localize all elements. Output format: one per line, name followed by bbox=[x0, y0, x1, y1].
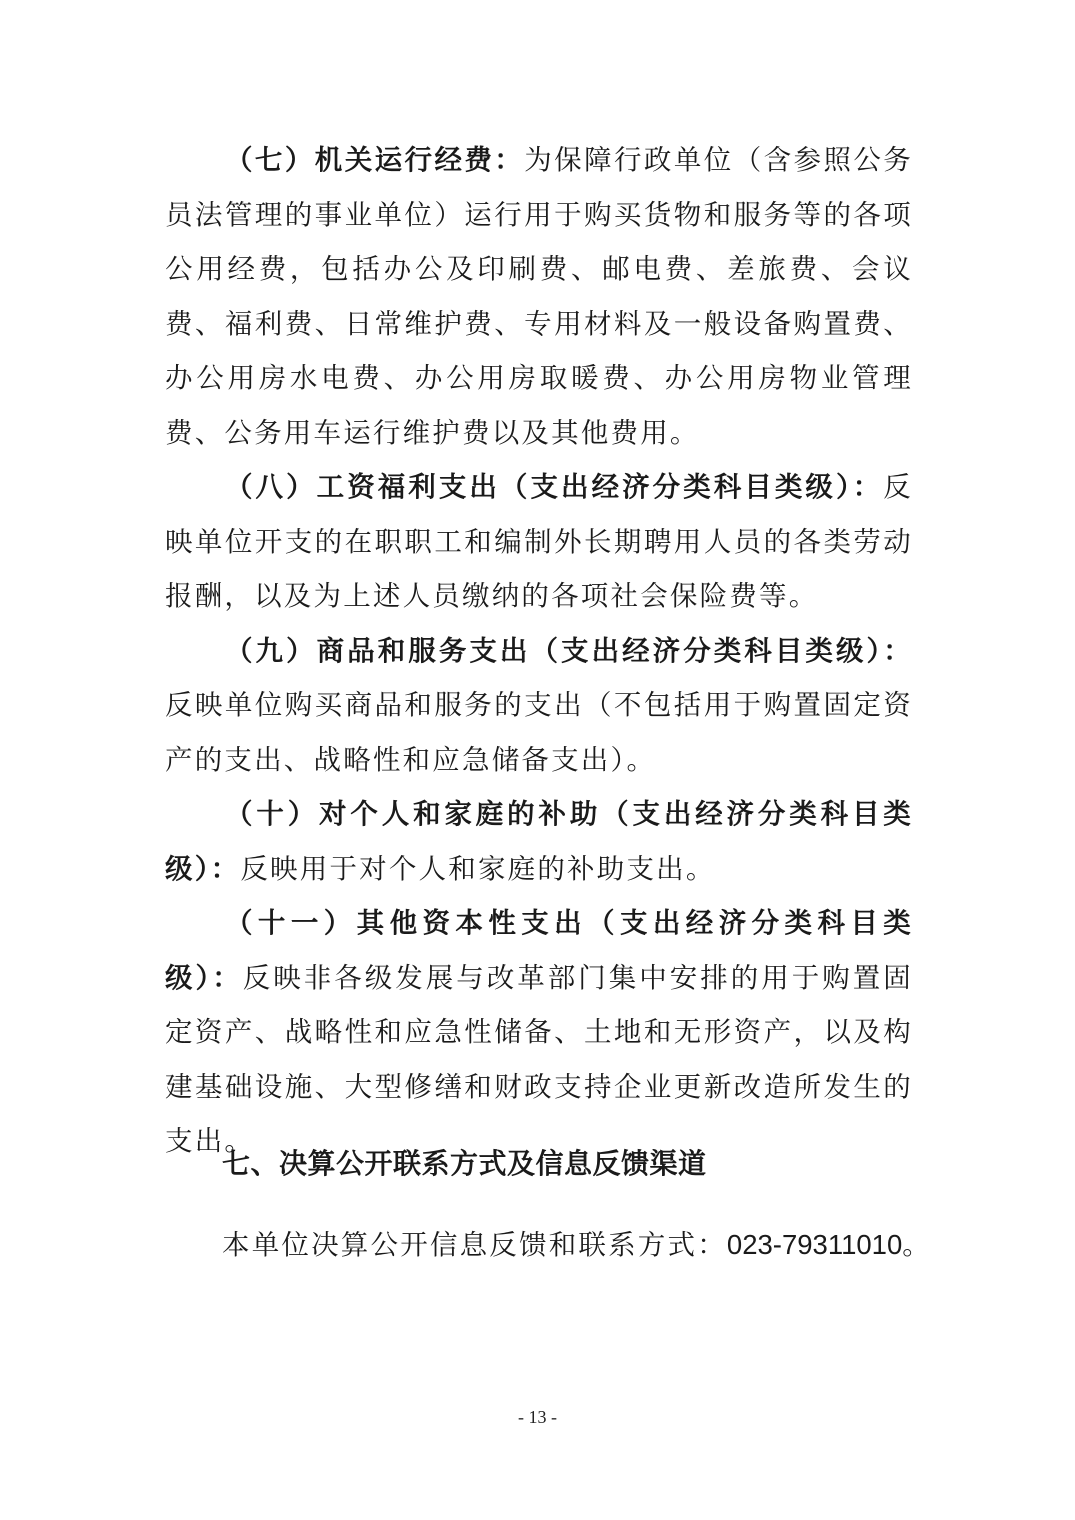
term-label: （八）工资福利支出（支出经济分类科目类级）： bbox=[225, 471, 883, 503]
term-definition: 为保障行政单位（含参照公务员法管理的事业单位）运行用于购买货物和服务等的各项公用… bbox=[165, 144, 913, 449]
contact-end: 。 bbox=[902, 1229, 932, 1261]
contact-line: 本单位决算公开信息反馈和联系方式：023-79311010。 bbox=[222, 1218, 932, 1272]
contact-label: 本单位决算公开信息反馈和联系方式： bbox=[222, 1229, 727, 1261]
paragraph-goods-services: （九）商品和服务支出（支出经济分类科目类级）：反映单位购买商品和服务的支出（不包… bbox=[165, 624, 913, 788]
term-definition: 反映用于对个人和家庭的补助支出。 bbox=[240, 853, 715, 885]
paragraph-other-capital-expenditure: （十一）其他资本性支出（支出经济分类科目类级）：反映非各级发展与改革部门集中安排… bbox=[165, 896, 913, 1169]
paragraph-wages-welfare: （八）工资福利支出（支出经济分类科目类级）：反映单位开支的在职职工和编制外长期聘… bbox=[165, 460, 913, 624]
section-heading: 七、决算公开联系方式及信息反馈渠道 bbox=[222, 1138, 707, 1190]
document-body: （七）机关运行经费：为保障行政单位（含参照公务员法管理的事业单位）运行用于购买货… bbox=[165, 133, 913, 1169]
term-definition: 反映单位购买商品和服务的支出（不包括用于购置固定资产的支出、战略性和应急储备支出… bbox=[165, 689, 913, 776]
page-number: - 13 - bbox=[0, 1407, 1075, 1428]
term-label: （七）机关运行经费： bbox=[225, 144, 524, 176]
paragraph-admin-operating-expenses: （七）机关运行经费：为保障行政单位（含参照公务员法管理的事业单位）运行用于购买货… bbox=[165, 133, 913, 460]
paragraph-household-subsidies: （十）对个人和家庭的补助（支出经济分类科目类级）：反映用于对个人和家庭的补助支出… bbox=[165, 787, 913, 896]
term-definition: 反映非各级发展与改革部门集中安排的用于购置固定资产、战略性和应急性储备、土地和无… bbox=[165, 962, 913, 1158]
contact-phone: 023-79311010 bbox=[727, 1229, 902, 1260]
term-label: （九）商品和服务支出（支出经济分类科目类级）： bbox=[225, 635, 913, 667]
